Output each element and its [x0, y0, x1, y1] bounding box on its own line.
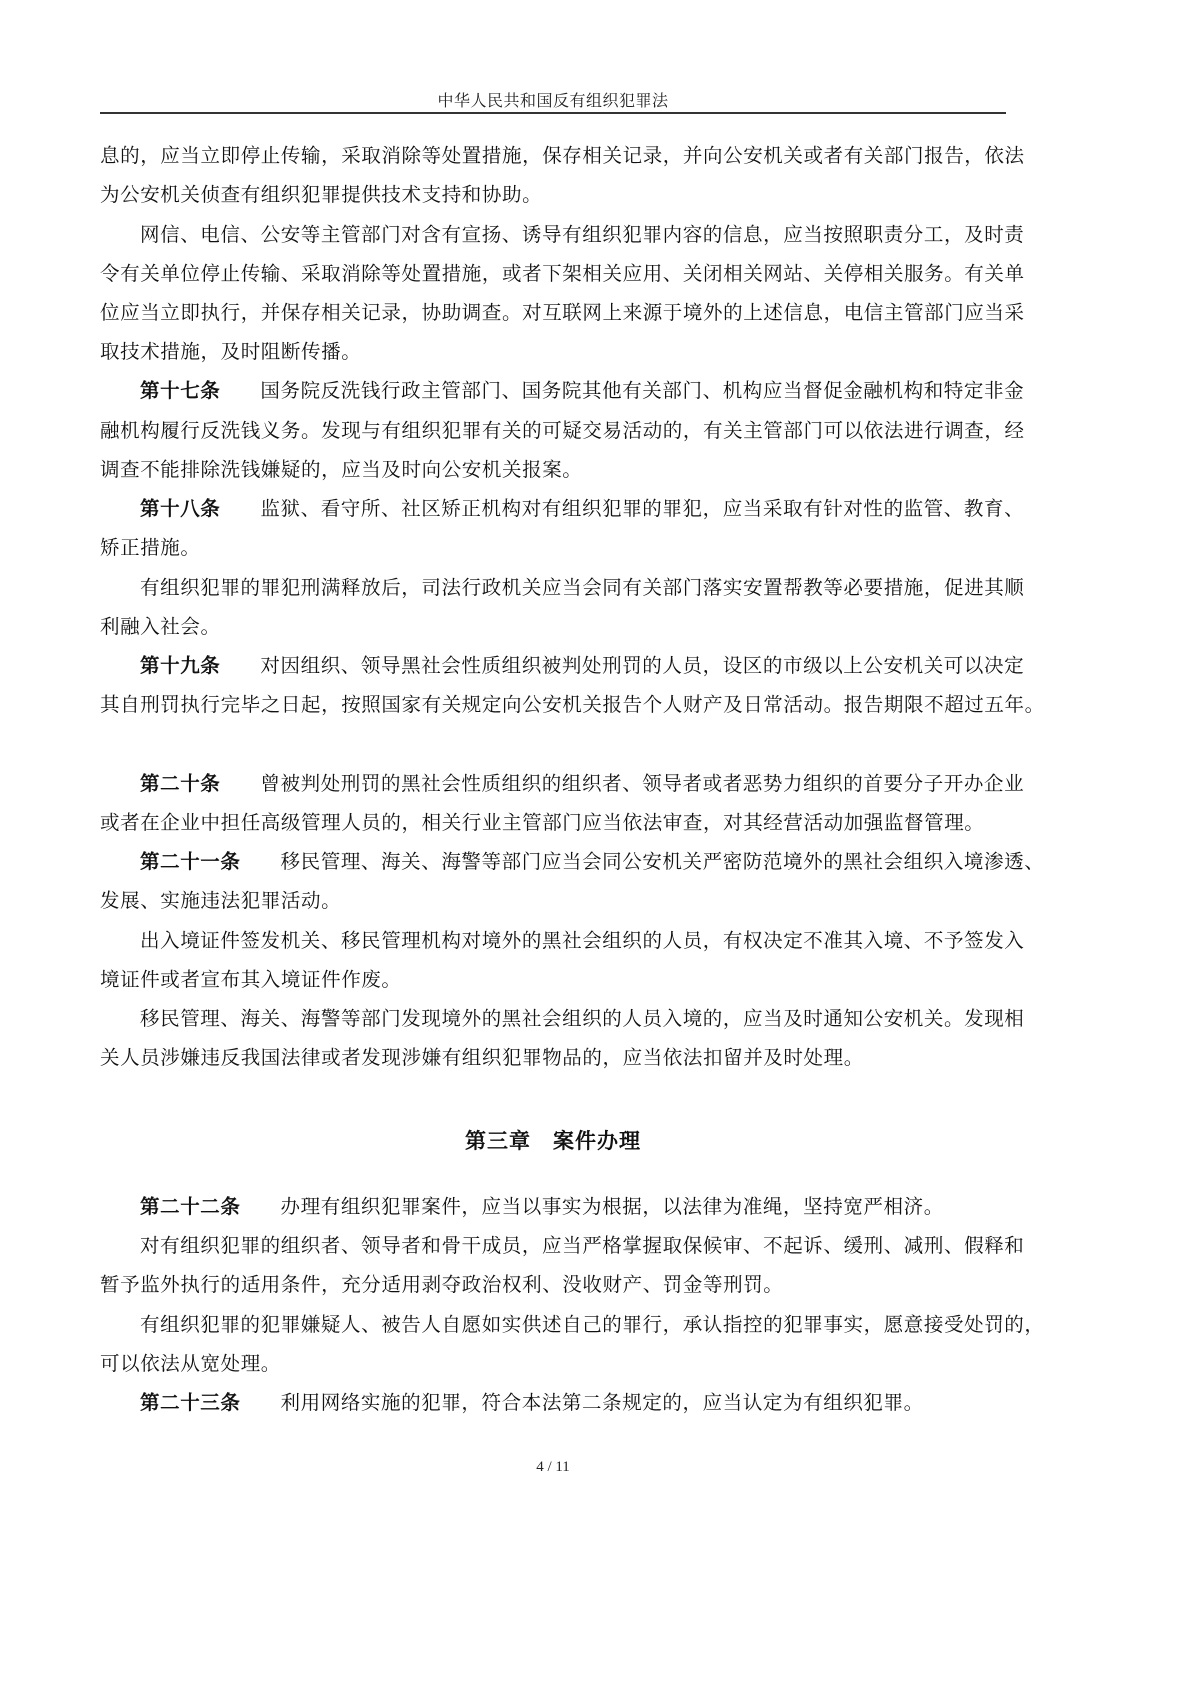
article-22: 第二十二条办理有组织犯罪案件，应当以事实为根据，以法律为准绳，坚持宽严相济。 [100, 1194, 1050, 1220]
article-number: 第二十一条 [140, 849, 241, 875]
paragraph-line: 有组织犯罪的罪犯刑满释放后，司法行政机关应当会同有关部门落实安置帮教等必要措施，… [100, 575, 1050, 601]
article-23: 第二十三条利用网络实施的犯罪，符合本法第二条规定的，应当认定为有组织犯罪。 [100, 1390, 1050, 1416]
paragraph-line: 出入境证件签发机关、移民管理机构对境外的黑社会组织的人员，有权决定不准其入境、不… [100, 928, 1050, 954]
chapter-heading: 第三章案件办理 [100, 1125, 1006, 1155]
article-20: 第二十条曾被判处刑罚的黑社会性质组织的组织者、领导者或者恶势力组织的首要分子开办… [100, 771, 1050, 797]
article-21: 第二十一条移民管理、海关、海警等部门应当会同公安机关严密防范境外的黑社会组织入境… [100, 849, 1050, 875]
paragraph-line: 可以依法从宽处理。 [100, 1351, 1010, 1377]
page-number: 4 / 11 [100, 1459, 1006, 1476]
article-number: 第十七条 [140, 378, 220, 404]
paragraph-line: 矫正措施。 [100, 535, 1010, 561]
paragraph-line: 令有关单位停止传输、采取消除等处置措施，或者下架相关应用、关闭相关网站、关停相关… [100, 261, 1010, 287]
article-number: 第二十三条 [140, 1390, 241, 1416]
paragraph-line: 境证件或者宣布其入境证件作废。 [100, 967, 1010, 993]
paragraph-line: 位应当立即执行，并保存相关记录，协助调查。对互联网上来源于境外的上述信息，电信主… [100, 300, 1010, 326]
article-17: 第十七条国务院反洗钱行政主管部门、国务院其他有关部门、机构应当督促金融机构和特定… [100, 378, 1050, 404]
paragraph-line: 融机构履行反洗钱义务。发现与有组织犯罪有关的可疑交易活动的，有关主管部门可以依法… [100, 418, 1010, 444]
article-number: 第二十条 [140, 771, 220, 797]
article-19: 第十九条对因组织、领导黑社会性质组织被判处刑罚的人员，设区的市级以上公安机关可以… [100, 653, 1050, 679]
chapter-number: 第三章 [465, 1128, 531, 1153]
article-18: 第十八条监狱、看守所、社区矫正机构对有组织犯罪的罪犯，应当采取有针对性的监管、教… [100, 496, 1050, 522]
chapter-title: 案件办理 [553, 1128, 641, 1153]
paragraph-line: 暂予监外执行的适用条件，充分适用剥夺政治权利、没收财产、罚金等刑罚。 [100, 1272, 1010, 1298]
document-page: 中华人民共和国反有组织犯罪法 息的，应当立即停止传输，采取消除等处置措施，保存相… [0, 0, 1190, 1684]
paragraph-line: 有组织犯罪的犯罪嫌疑人、被告人自愿如实供述自己的罪行，承认指控的犯罪事实，愿意接… [100, 1312, 1050, 1338]
header-divider [100, 112, 1006, 114]
article-number: 第十九条 [140, 653, 220, 679]
paragraph-line: 取技术措施，及时阻断传播。 [100, 339, 1010, 365]
paragraph-line: 移民管理、海关、海警等部门发现境外的黑社会组织的人员入境的，应当及时通知公安机关… [100, 1006, 1050, 1032]
running-header-title: 中华人民共和国反有组织犯罪法 [100, 88, 1006, 111]
paragraph-line: 或者在企业中担任高级管理人员的，相关行业主管部门应当依法审查，对其经营活动加强监… [100, 810, 1010, 836]
paragraph-line: 发展、实施违法犯罪活动。 [100, 888, 1010, 914]
paragraph-line: 息的，应当立即停止传输，采取消除等处置措施，保存相关记录，并向公安机关或者有关部… [100, 143, 1010, 169]
paragraph-line: 利融入社会。 [100, 614, 1010, 640]
paragraph-line: 对有组织犯罪的组织者、领导者和骨干成员，应当严格掌握取保候审、不起诉、缓刑、减刑… [100, 1233, 1050, 1259]
paragraph-line: 其自刑罚执行完毕之日起，按照国家有关规定向公安机关报告个人财产及日常活动。报告期… [100, 692, 1010, 718]
paragraph-line: 调查不能排除洗钱嫌疑的，应当及时向公安机关报案。 [100, 457, 1010, 483]
paragraph-line: 网信、电信、公安等主管部门对含有宣扬、诱导有组织犯罪内容的信息，应当按照职责分工… [100, 222, 1050, 248]
paragraph-line: 为公安机关侦查有组织犯罪提供技术支持和协助。 [100, 182, 1010, 208]
article-number: 第十八条 [140, 496, 220, 522]
article-number: 第二十二条 [140, 1194, 241, 1220]
paragraph-line: 关人员涉嫌违反我国法律或者发现涉嫌有组织犯罪物品的，应当依法扣留并及时处理。 [100, 1045, 1010, 1071]
